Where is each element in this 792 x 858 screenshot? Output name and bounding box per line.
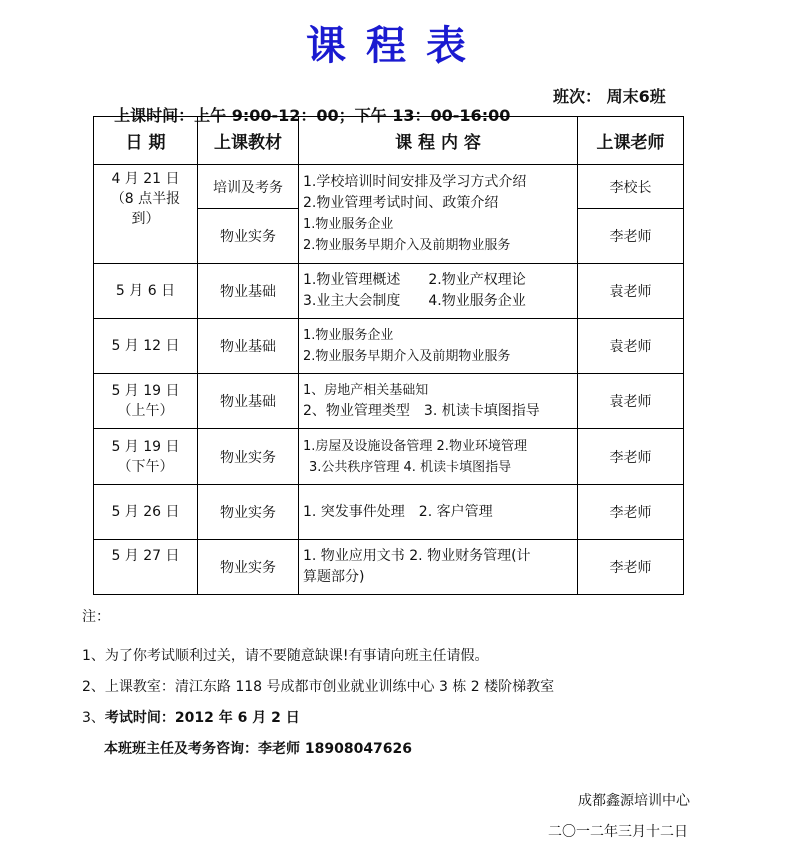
organization-name: 成都鑫源培训中心 [578,790,690,810]
table-row: 5 月 19 日 （下午） 物业实务 1.房屋及设施设备管理 2.物业环境管理 … [94,429,684,485]
table-row: 5 月 12 日 物业基础 1.物业服务企业 2.物业服务早期介入及前期物业服务… [94,319,684,374]
cell-content: 1. 物业应用文书 2. 物业财务管理(计 算题部分) [299,540,578,595]
table-row: 4 月 21 日 （8 点半报 到） 培训及考务 1.学校培训时间安排及学习方式… [94,165,684,209]
schedule-table: 日 期 上课教材 课 程 内 容 上课老师 4 月 21 日 （8 点半报 到）… [93,116,684,595]
cell-textbook: 物业实务 [198,485,299,540]
cell-date: 5 月 6 日 [94,264,198,319]
table-row: 5 月 6 日 物业基础 1.物业管理概述 2.物业产权理论 3.业主大会制度 … [94,264,684,319]
note-item-2: 2、上课教室：清江东路 118 号成都市创业就业训练中心 3 栋 2 楼阶梯教室 [82,676,554,696]
cell-content: 1、房地产相关基础知 2、物业管理类型 3. 机读卡填图指导 [299,374,578,429]
cell-content: 1. 突发事件处理 2. 客户管理 [299,485,578,540]
table-row: 5 月 19 日 （上午） 物业基础 1、房地产相关基础知 2、物业管理类型 3… [94,374,684,429]
cell-date: 5 月 19 日 （上午） [94,374,198,429]
cell-date: 5 月 26 日 [94,485,198,540]
header-content: 课 程 内 容 [299,117,578,165]
cell-textbook: 物业基础 [198,264,299,319]
notes-heading: 注： [82,606,110,626]
table-header-row: 日 期 上课教材 课 程 内 容 上课老师 [94,117,684,165]
cell-date: 5 月 12 日 [94,319,198,374]
exam-date: 考试时间：2012 年 6 月 2 日 [105,710,300,726]
contact-info: 本班班主任及考务咨询：李老师 18908047626 [104,738,412,758]
cell-content: 1.房屋及设施设备管理 2.物业环境管理 3.公共秩序管理 4. 机读卡填图指导 [299,429,578,485]
note-item-3: 3、考试时间：2012 年 6 月 2 日 [82,707,300,727]
cell-content: 1.物业服务企业 2.物业服务早期介入及前期物业服务 [299,319,578,374]
cell-textbook: 物业基础 [198,319,299,374]
cell-date: 5 月 19 日 （下午） [94,429,198,485]
cell-teacher: 李老师 [578,209,684,264]
cell-date: 4 月 21 日 （8 点半报 到） [94,165,198,264]
class-section: 班次： 周末6班 [553,84,666,107]
cell-textbook: 培训及考务 [198,165,299,209]
cell-textbook: 物业实务 [198,429,299,485]
cell-teacher: 袁老师 [578,264,684,319]
header-teacher: 上课老师 [578,117,684,165]
cell-date: 5 月 27 日 [94,540,198,595]
cell-teacher: 李老师 [578,485,684,540]
header-textbook: 上课教材 [198,117,299,165]
cell-teacher: 李老师 [578,540,684,595]
cell-textbook: 物业实务 [198,540,299,595]
cell-textbook: 物业实务 [198,209,299,264]
header-date: 日 期 [94,117,198,165]
cell-content: 1.物业管理概述 2.物业产权理论 3.业主大会制度 4.物业服务企业 [299,264,578,319]
note-item-1: 1、为了你考试顺利过关，请不要随意缺课!有事请向班主任请假。 [82,645,489,665]
cell-teacher: 李老师 [578,429,684,485]
cell-textbook: 物业基础 [198,374,299,429]
cell-teacher: 袁老师 [578,319,684,374]
table-row: 5 月 26 日 物业实务 1. 突发事件处理 2. 客户管理 李老师 [94,485,684,540]
cell-teacher: 李校长 [578,165,684,209]
cell-content: 1.学校培训时间安排及学习方式介绍 2.物业管理考试时间、政策介绍 1.物业服务… [299,165,578,264]
issue-date: 二〇一二年三月十二日 [548,821,688,841]
table-row: 5 月 27 日 物业实务 1. 物业应用文书 2. 物业财务管理(计 算题部分… [94,540,684,595]
page-title: 课程表 [0,14,792,71]
cell-teacher: 袁老师 [578,374,684,429]
